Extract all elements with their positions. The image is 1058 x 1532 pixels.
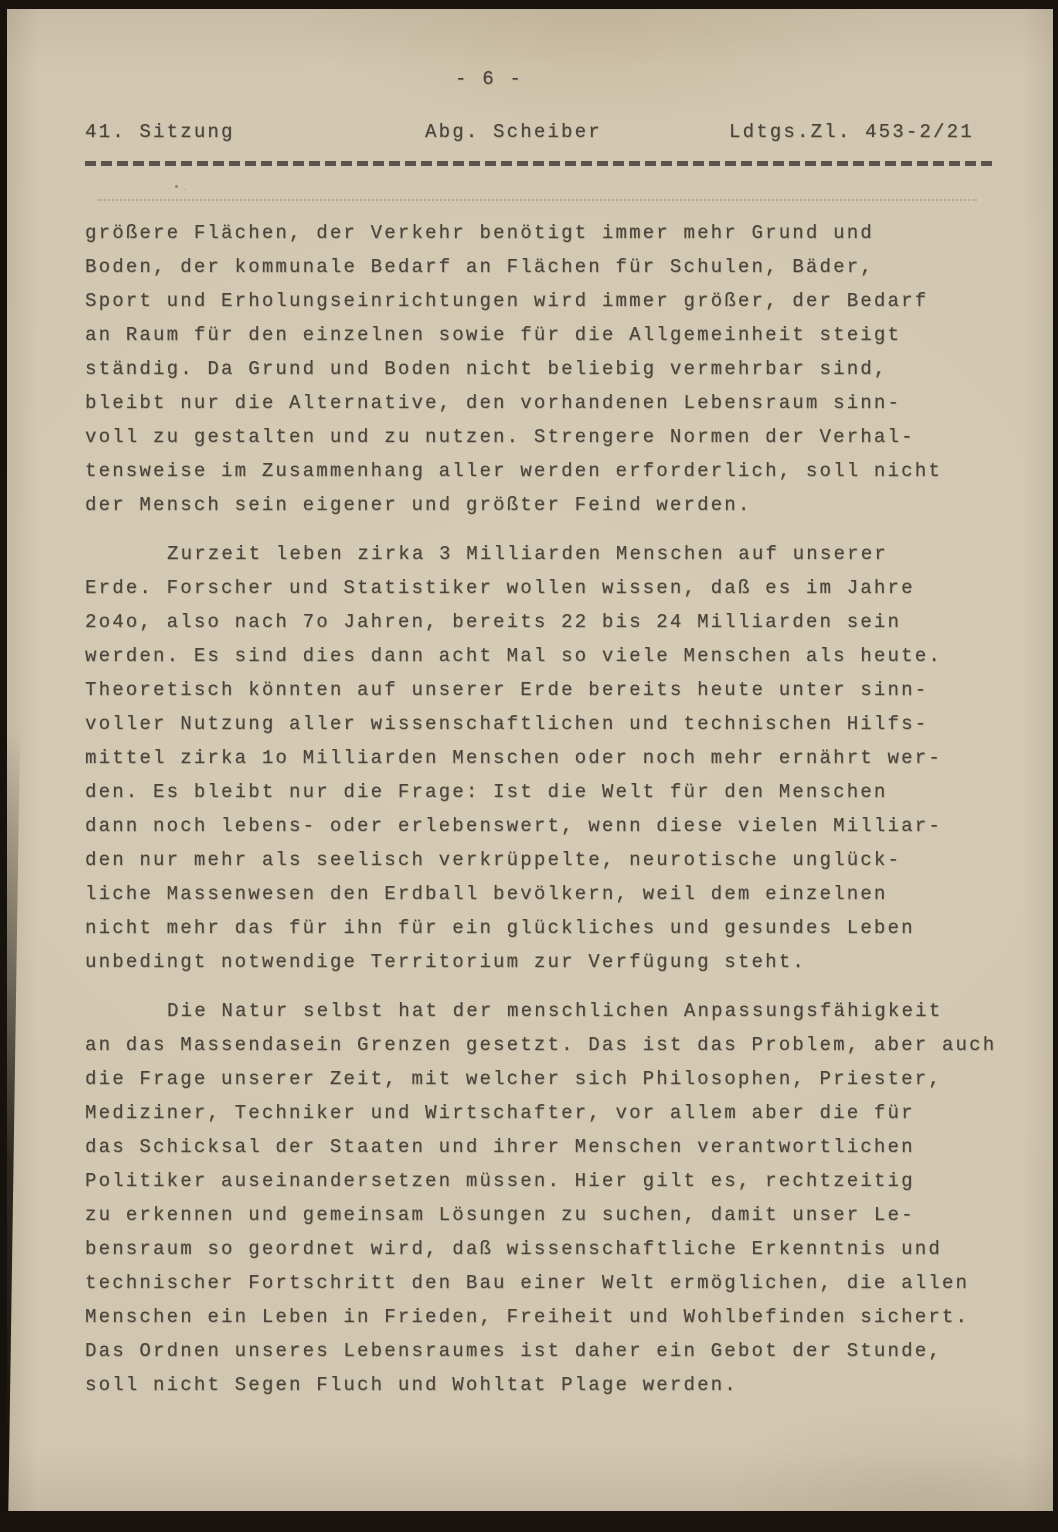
text-line: an Raum für den einzelnen sowie für die … <box>85 324 996 358</box>
text-line: an das Massendasein Grenzen gesetzt. Das… <box>85 1034 996 1068</box>
text-line: den. Es bleibt nur die Frage: Ist die We… <box>85 781 996 815</box>
text-line: der Mensch sein eigener und größter Fein… <box>85 494 996 528</box>
header-divider-dashed <box>85 161 992 166</box>
paragraph: Zurzeit leben zirka 3 Milliarden Mensche… <box>85 543 996 985</box>
document-header: 41. Sitzung Abg. Scheiber Ldtgs.Zl. 453-… <box>7 121 1053 151</box>
text-line: soll nicht Segen Fluch und Wohltat Plage… <box>85 1374 996 1408</box>
paper-speck <box>175 185 178 188</box>
text-line: das Schicksal der Staaten und ihrer Mens… <box>85 1136 996 1170</box>
document-page: - 6 - 41. Sitzung Abg. Scheiber Ldtgs.Zl… <box>7 9 1053 1511</box>
text-line: nicht mehr das für ihn für ein glücklich… <box>85 917 996 951</box>
text-line: Zurzeit leben zirka 3 Milliarden Mensche… <box>85 543 996 577</box>
text-line: mittel zirka 1o Milliarden Menschen oder… <box>85 747 996 781</box>
text-line: Politiker auseinandersetzen müssen. Hier… <box>85 1170 996 1204</box>
page-number: - 6 - <box>455 68 523 90</box>
faint-impression-line <box>97 199 977 201</box>
text-line: Erde. Forscher und Statistiker wollen wi… <box>85 577 996 611</box>
text-line: bensraum so geordnet wird, daß wissensch… <box>85 1238 996 1272</box>
text-line: Das Ordnen unseres Lebensraumes ist dahe… <box>85 1340 996 1374</box>
text-line: größere Flächen, der Verkehr benötigt im… <box>85 222 996 256</box>
text-line: Die Natur selbst hat der menschlichen An… <box>85 1000 996 1034</box>
header-speaker: Abg. Scheiber <box>425 121 602 143</box>
paragraph: Die Natur selbst hat der menschlichen An… <box>85 1000 996 1408</box>
text-line: liche Massenwesen den Erdball bevölkern,… <box>85 883 996 917</box>
text-line: unbedingt notwendige Territorium zur Ver… <box>85 951 996 985</box>
text-line: technischer Fortschritt den Bau einer We… <box>85 1272 996 1306</box>
text-line: bleibt nur die Alternative, den vorhande… <box>85 392 996 426</box>
text-line: Menschen ein Leben in Frieden, Freiheit … <box>85 1306 996 1340</box>
document-body: größere Flächen, der Verkehr benötigt im… <box>85 222 996 1408</box>
text-line: ständig. Da Grund und Boden nicht belieb… <box>85 358 996 392</box>
text-line: werden. Es sind dies dann acht Mal so vi… <box>85 645 996 679</box>
header-session: 41. Sitzung <box>85 121 235 143</box>
text-line: zu erkennen und gemeinsam Lösungen zu su… <box>85 1204 996 1238</box>
text-line: den nur mehr als seelisch verkrüppelte, … <box>85 849 996 883</box>
paragraph: größere Flächen, der Verkehr benötigt im… <box>85 222 996 528</box>
text-line: tensweise im Zusammenhang aller werden e… <box>85 460 996 494</box>
text-line: Boden, der kommunale Bedarf an Flächen f… <box>85 256 996 290</box>
text-line: Theoretisch könnten auf unserer Erde ber… <box>85 679 996 713</box>
text-line: voll zu gestalten und zu nutzen. Strenge… <box>85 426 996 460</box>
text-line: voller Nutzung aller wissenschaftlichen … <box>85 713 996 747</box>
text-line: Mediziner, Techniker und Wirtschafter, v… <box>85 1102 996 1136</box>
text-line: Sport und Erholungseinrichtungen wird im… <box>85 290 996 324</box>
text-line: 2o4o, also nach 7o Jahren, bereits 22 bi… <box>85 611 996 645</box>
header-reference: Ldtgs.Zl. 453-2/21 <box>729 121 974 143</box>
text-line: die Frage unserer Zeit, mit welcher sich… <box>85 1068 996 1102</box>
text-line: dann noch lebens- oder erlebenswert, wen… <box>85 815 996 849</box>
